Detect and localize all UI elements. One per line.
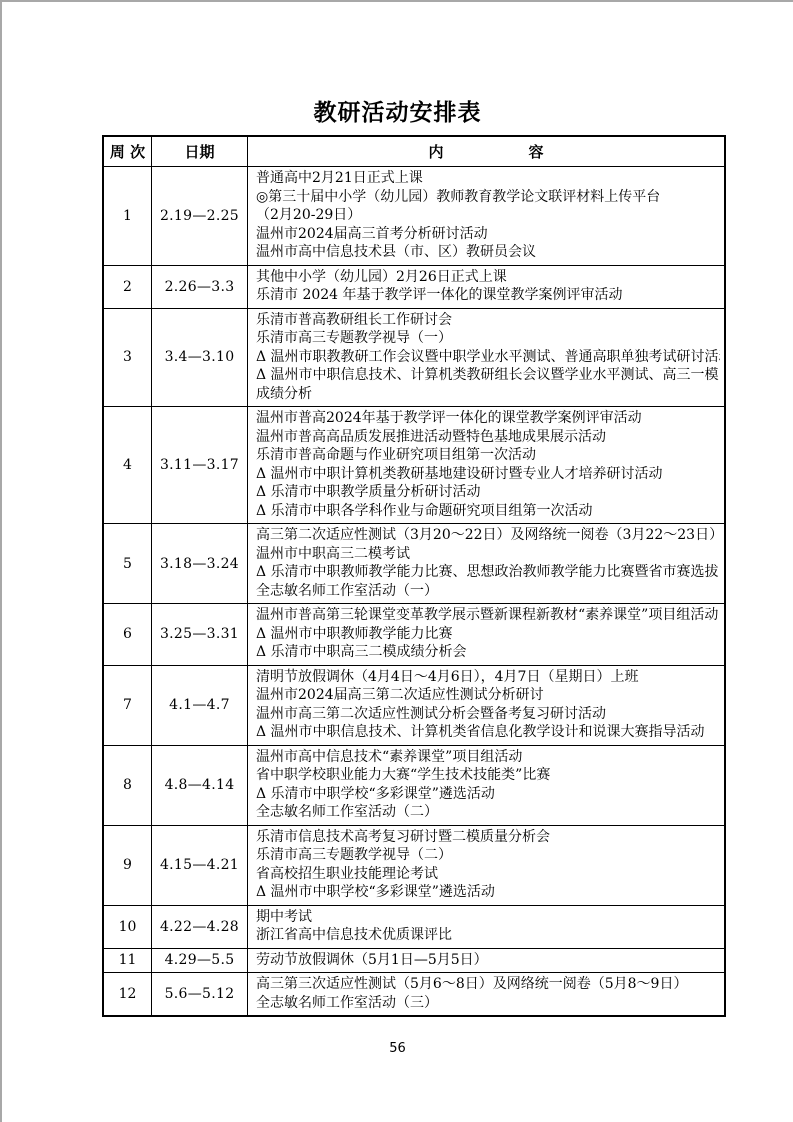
content-line: 全志敏名师工作室活动（一） [256,582,720,601]
content-line: Δ 温州市中职学校“多彩课堂”遴选活动 [256,883,720,902]
page-number: 56 [2,1041,793,1056]
content-line: 乐清市普高教研组长工作研讨会 [256,311,720,330]
document-page: 教研活动安排表 周 次 日期 内 容 12.19—2.25普通高中2月21日正式… [0,0,793,1122]
content-line: Δ 乐清市中职学校“多彩课堂”遴选活动 [256,785,720,804]
date-cell: 3.4—3.10 [152,308,248,407]
date-cell: 5.6—5.12 [152,973,248,1017]
content-line: Δ 乐清市中职教学质量分析研讨活动 [256,483,720,502]
content-line: 清明节放假调休（4月4日～4月6日），4月7日（星期日）上班 [256,668,720,687]
content-line: Δ 温州市中职教师教学能力比赛 [256,625,720,644]
content-line: 温州市高三第二次适应性测试分析会暨备考复习研讨活动 [256,705,720,724]
schedule-table: 周 次 日期 内 容 12.19—2.25普通高中2月21日正式上课◎第三十届中… [102,135,726,1017]
header-content: 内 容 [248,136,726,167]
content-line: 乐清市信息技术高考复习研讨暨二模质量分析会 [256,828,720,847]
content-line: 温州市2024届高三第二次适应性测试分析研讨 [256,686,720,705]
content-cell: 高三第三次适应性测试（5月6～8日）及网络统一阅卷（5月8～9日）全志敏名师工作… [248,973,726,1017]
header-row: 周 次 日期 内 容 [103,136,725,167]
date-cell: 3.18—3.24 [152,524,248,604]
table-row: 12.19—2.25普通高中2月21日正式上课◎第三十届中小学（幼儿园）教师教育… [103,167,725,266]
content-cell: 乐清市信息技术高考复习研讨暨二模质量分析会乐清市高三专题教学视导（二）省高校招生… [248,825,726,905]
week-cell: 2 [103,265,152,308]
content-line: 浙江省高中信息技术优质课评比 [256,926,720,945]
table-row: 33.4—3.10乐清市普高教研组长工作研讨会乐清市高三专题教学视导（一）Δ 温… [103,308,725,407]
date-cell: 2.26—3.3 [152,265,248,308]
content-line: 乐清市 2024 年基于教学评一体化的课堂教学案例评审活动 [256,286,720,305]
content-line: 全志敏名师工作室活动（三） [256,994,720,1013]
content-line: 全志敏名师工作室活动（二） [256,803,720,822]
content-line: 普通高中2月21日正式上课 [256,169,720,188]
content-line: 乐清市高三专题教学视导（一） [256,329,720,348]
content-line: 温州市中职高三二模考试 [256,545,720,564]
page-title: 教研活动安排表 [2,94,793,127]
date-cell: 4.8—4.14 [152,745,248,825]
header-content-char-right: 容 [529,141,544,162]
date-cell: 4.22—4.28 [152,905,248,948]
content-line: 省中职学校职业能力大赛“学生技术技能类”比赛 [256,766,720,785]
content-line: 期中考试 [256,908,720,927]
table-row: 84.8—4.14温州市高中信息技术“素养课堂”项目组活动省中职学校职业能力大赛… [103,745,725,825]
content-cell: 其他中小学（幼儿园）2月26日正式上课乐清市 2024 年基于教学评一体化的课堂… [248,265,726,308]
content-line: 乐清市普高命题与作业研究项目组第一次活动 [256,446,720,465]
content-cell: 高三第二次适应性测试（3月20～22日）及网络统一阅卷（3月22～23日）温州市… [248,524,726,604]
date-cell: 2.19—2.25 [152,167,248,266]
content-line: Δ 温州市中职信息技术、计算机类教研组长会议暨学业水平测试、高三一模 [256,366,720,385]
content-line: Δ 乐清市中职各学科作业与命题研究项目组第一次活动 [256,502,720,521]
content-cell: 普通高中2月21日正式上课◎第三十届中小学（幼儿园）教师教育教学论文联评材料上传… [248,167,726,266]
table-row: 63.25—3.31温州市普高第三轮课堂变革教学展示暨新课程新教材“素养课堂”项… [103,604,725,666]
content-cell: 温州市普高2024年基于教学评一体化的课堂教学案例评审活动温州市普高高品质发展推… [248,407,726,524]
date-cell: 3.11—3.17 [152,407,248,524]
week-cell: 11 [103,948,152,973]
week-cell: 8 [103,745,152,825]
content-cell: 清明节放假调休（4月4日～4月6日），4月7日（星期日）上班温州市2024届高三… [248,665,726,745]
week-cell: 10 [103,905,152,948]
content-line: 其他中小学（幼儿园）2月26日正式上课 [256,268,720,287]
content-line: Δ 温州市中职信息技术、计算机类省信息化教学设计和说课大赛指导活动 [256,723,720,742]
date-cell: 4.1—4.7 [152,665,248,745]
table-row: 104.22—4.28期中考试浙江省高中信息技术优质课评比 [103,905,725,948]
table-row: 114.29—5.5劳动节放假调休（5月1日—5月5日） [103,948,725,973]
content-line: Δ 温州市职教教研工作会议暨中职学业水平测试、普通高职单独考试研讨活动 [256,348,720,367]
content-line: 温州市普高第三轮课堂变革教学展示暨新课程新教材“素养课堂”项目组活动 [256,606,720,625]
header-week: 周 次 [103,136,152,167]
content-line: 温州市普高高品质发展推进活动暨特色基地成果展示活动 [256,428,720,447]
content-line: 省高校招生职业技能理论考试 [256,865,720,884]
date-cell: 4.29—5.5 [152,948,248,973]
content-cell: 温州市普高第三轮课堂变革教学展示暨新课程新教材“素养课堂”项目组活动Δ 温州市中… [248,604,726,666]
week-cell: 9 [103,825,152,905]
week-cell: 1 [103,167,152,266]
content-line: （2月20-29日） [256,206,720,225]
week-cell: 5 [103,524,152,604]
header-content-char-left: 内 [428,141,443,162]
table-row: 43.11—3.17温州市普高2024年基于教学评一体化的课堂教学案例评审活动温… [103,407,725,524]
content-line: Δ 温州市中职计算机类教研基地建设研讨暨专业人才培养研讨活动 [256,465,720,484]
date-cell: 3.25—3.31 [152,604,248,666]
content-line: 温州市高中信息技术县（市、区）教研员会议 [256,243,720,262]
content-cell: 劳动节放假调休（5月1日—5月5日） [248,948,726,973]
header-content-chars: 内 容 [248,141,724,162]
content-line: Δ 乐清市中职高三二模成绩分析会 [256,643,720,662]
content-line: 乐清市高三专题教学视导（二） [256,846,720,865]
header-date: 日期 [152,136,248,167]
table-body: 12.19—2.25普通高中2月21日正式上课◎第三十届中小学（幼儿园）教师教育… [103,167,725,1017]
content-cell: 温州市高中信息技术“素养课堂”项目组活动省中职学校职业能力大赛“学生技术技能类”… [248,745,726,825]
table-row: 53.18—3.24高三第二次适应性测试（3月20～22日）及网络统一阅卷（3月… [103,524,725,604]
content-line: 温州市高中信息技术“素养课堂”项目组活动 [256,748,720,767]
table-row: 125.6—5.12高三第三次适应性测试（5月6～8日）及网络统一阅卷（5月8～… [103,973,725,1017]
content-cell: 乐清市普高教研组长工作研讨会乐清市高三专题教学视导（一）Δ 温州市职教教研工作会… [248,308,726,407]
content-line: 温州市普高2024年基于教学评一体化的课堂教学案例评审活动 [256,409,720,428]
week-cell: 12 [103,973,152,1017]
content-line: 成绩分析 [256,385,720,404]
content-line: 温州市2024届高三首考分析研讨活动 [256,225,720,244]
week-cell: 3 [103,308,152,407]
table-row: 74.1—4.7清明节放假调休（4月4日～4月6日），4月7日（星期日）上班温州… [103,665,725,745]
date-cell: 4.15—4.21 [152,825,248,905]
week-cell: 4 [103,407,152,524]
content-line: Δ 乐清市中职教师教学能力比赛、思想政治教师教学能力比赛暨省市赛选拔 [256,563,720,582]
content-line: 高三第三次适应性测试（5月6～8日）及网络统一阅卷（5月8～9日） [256,975,720,994]
content-line: ◎第三十届中小学（幼儿园）教师教育教学论文联评材料上传平台 [256,188,720,207]
table-row: 94.15—4.21乐清市信息技术高考复习研讨暨二模质量分析会乐清市高三专题教学… [103,825,725,905]
content-line: 劳动节放假调休（5月1日—5月5日） [256,951,720,970]
content-cell: 期中考试浙江省高中信息技术优质课评比 [248,905,726,948]
week-cell: 6 [103,604,152,666]
table-row: 22.26—3.3其他中小学（幼儿园）2月26日正式上课乐清市 2024 年基于… [103,265,725,308]
content-line: 高三第二次适应性测试（3月20～22日）及网络统一阅卷（3月22～23日） [256,526,720,545]
table-header: 周 次 日期 内 容 [103,136,725,167]
week-cell: 7 [103,665,152,745]
